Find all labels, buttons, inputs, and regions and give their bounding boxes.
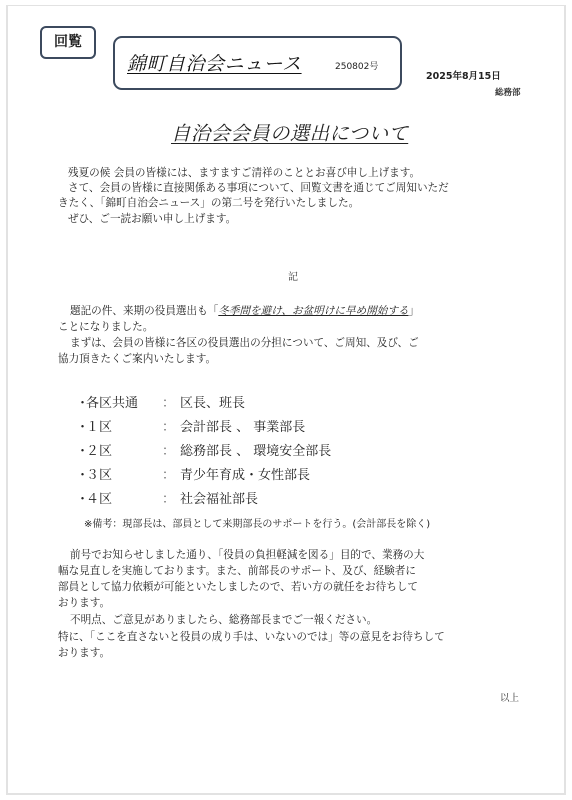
body-text: 題記の件、来期の役員選出も「: [70, 305, 218, 317]
body-line: ことになりました。: [58, 320, 153, 336]
issue-number: 250802号: [335, 59, 378, 72]
closing-mark: 以上: [500, 690, 519, 704]
district-roles: 会計部長 、 事業部長: [180, 420, 305, 435]
body-text: 」: [409, 305, 420, 317]
district-roles: 社会福祉部長: [180, 492, 258, 507]
body-line: 協力頂きたくご案内いたします。: [58, 352, 216, 368]
document-page: 回覧 錦町自治会ニュース 250802号 2025年8月15日 総務部 自治会会…: [6, 5, 566, 795]
newsletter-title: 錦町自治会ニュース: [127, 49, 302, 76]
emphasized-phrase: 冬季間を避け、お盆明けに早め開始する: [218, 305, 408, 317]
circulation-label-box: 回覧: [40, 26, 96, 59]
list-item: ・１区：会計部長 、 事業部長: [76, 416, 305, 436]
bullet: ・: [76, 488, 86, 507]
greeting-line: さて、会員の皆様に直接関係ある事項について、回覧文書を通じてご周知いただ: [68, 181, 449, 197]
bullet: ・: [76, 392, 86, 411]
greeting-line: きたく、「錦町自治会ニュース」の第二号を発行いたしました。: [58, 196, 359, 212]
bullet: ・: [76, 440, 86, 459]
body-line: 特に、「ここを直さないと役員の成り手は、いないのでは」等の意見をお待ちして: [58, 630, 445, 646]
bullet: ・: [76, 416, 86, 435]
district-roles: 区長、班長: [180, 396, 245, 411]
list-item: ・各区共通：区長、班長: [76, 392, 245, 412]
separator: ：: [162, 464, 180, 483]
body-line: 前号でお知らせしました通り、「役員の負担軽減を図る」目的で、業務の大: [70, 548, 424, 564]
list-item: ・４区：社会福祉部長: [76, 488, 258, 508]
greeting-line: 残夏の候 会員の皆様には、ますますご清祥のこととお喜び申し上げます。: [68, 166, 420, 182]
body-line: おります。: [58, 646, 110, 662]
remarks-note: ※備考：現部長は、部員として来期部長のサポートを行う。(会計部長を除く): [84, 515, 430, 530]
document-title: 自治会会員の選出について: [171, 118, 408, 146]
district-name: ４区: [86, 488, 162, 507]
list-item: ・２区：総務部長 、 環境安全部長: [76, 440, 331, 460]
greeting-line: ぜひ、ご一読お願い申し上げます。: [68, 212, 236, 228]
list-item: ・３区：青少年育成・女性部長: [76, 464, 310, 484]
district-name: 各区共通: [86, 392, 162, 411]
separator: ：: [162, 488, 180, 507]
body-line: 幅な見直しを実施しております。また、前部長のサポート、及び、経験者に: [58, 564, 416, 580]
bullet: ・: [76, 464, 86, 483]
body-line: 不明点、ご意見がありましたら、総務部長までご一報ください。: [70, 613, 377, 629]
body-line: おります。: [58, 596, 110, 612]
ki-heading: 記: [288, 268, 298, 283]
body-line: まずは、会員の皆様に各区の役員選出の分担について、ご周知、及び、ご: [70, 336, 419, 352]
newsletter-header-box: 錦町自治会ニュース 250802号: [113, 36, 402, 90]
body-line: 題記の件、来期の役員選出も「冬季間を避け、お盆明けに早め開始する」: [70, 304, 419, 320]
district-name: ２区: [86, 440, 162, 459]
separator: ：: [162, 416, 180, 435]
district-roles: 総務部長 、 環境安全部長: [180, 444, 331, 459]
district-name: １区: [86, 416, 162, 435]
separator: ：: [162, 392, 180, 411]
district-roles: 青少年育成・女性部長: [180, 468, 310, 483]
body-line: 部員として協力依頼が可能といたしましたので、若い方の就任をお待ちして: [58, 580, 418, 596]
separator: ：: [162, 440, 180, 459]
circulation-label: 回覧: [54, 31, 82, 51]
issue-date: 2025年8月15日: [426, 68, 501, 82]
district-name: ３区: [86, 464, 162, 483]
issuing-department: 総務部: [495, 86, 521, 98]
